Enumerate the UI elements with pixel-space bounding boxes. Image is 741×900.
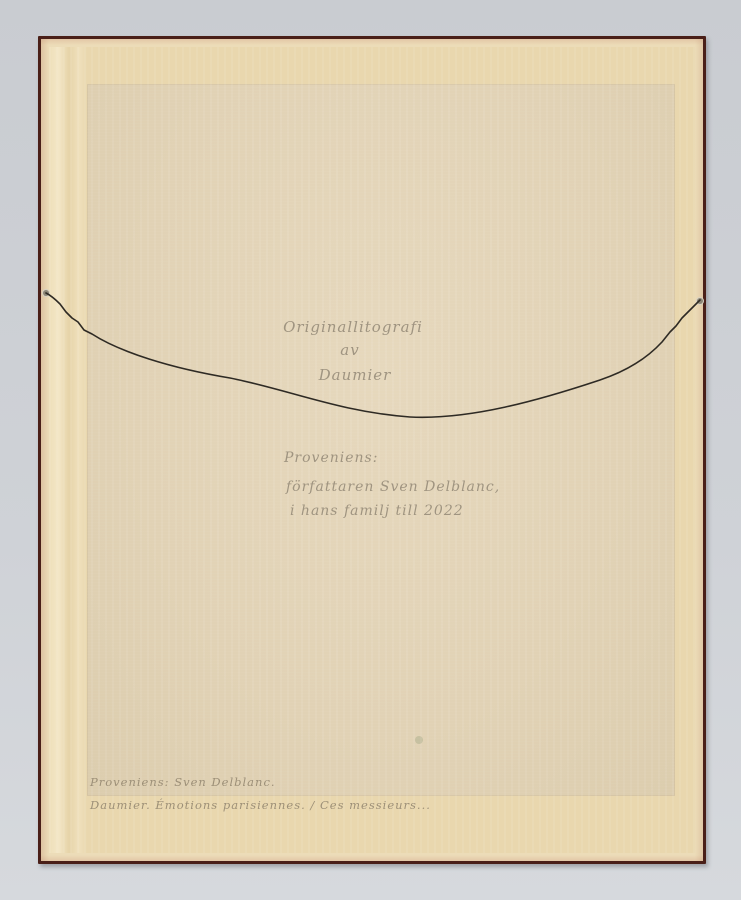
note-provenance-line2: i hans familj till 2022 — [290, 503, 464, 519]
note-footer-line1: Proveniens: Sven Delblanc. — [90, 775, 276, 789]
note-footer-line2: Daumier. Émotions parisiennes. / Ces mes… — [90, 798, 431, 812]
backing-paper — [87, 84, 675, 796]
note-title-line3: Daumier — [319, 366, 392, 384]
note-provenance-line1: författaren Sven Delblanc, — [286, 479, 500, 495]
wire-attachment-right — [697, 298, 703, 304]
wire-attachment-left — [43, 290, 49, 296]
note-provenance-heading: Proveniens: — [284, 450, 378, 466]
note-title-line1: Originallitografi — [283, 318, 423, 336]
note-title-line2: av — [340, 341, 359, 359]
paper-stain — [415, 736, 423, 744]
